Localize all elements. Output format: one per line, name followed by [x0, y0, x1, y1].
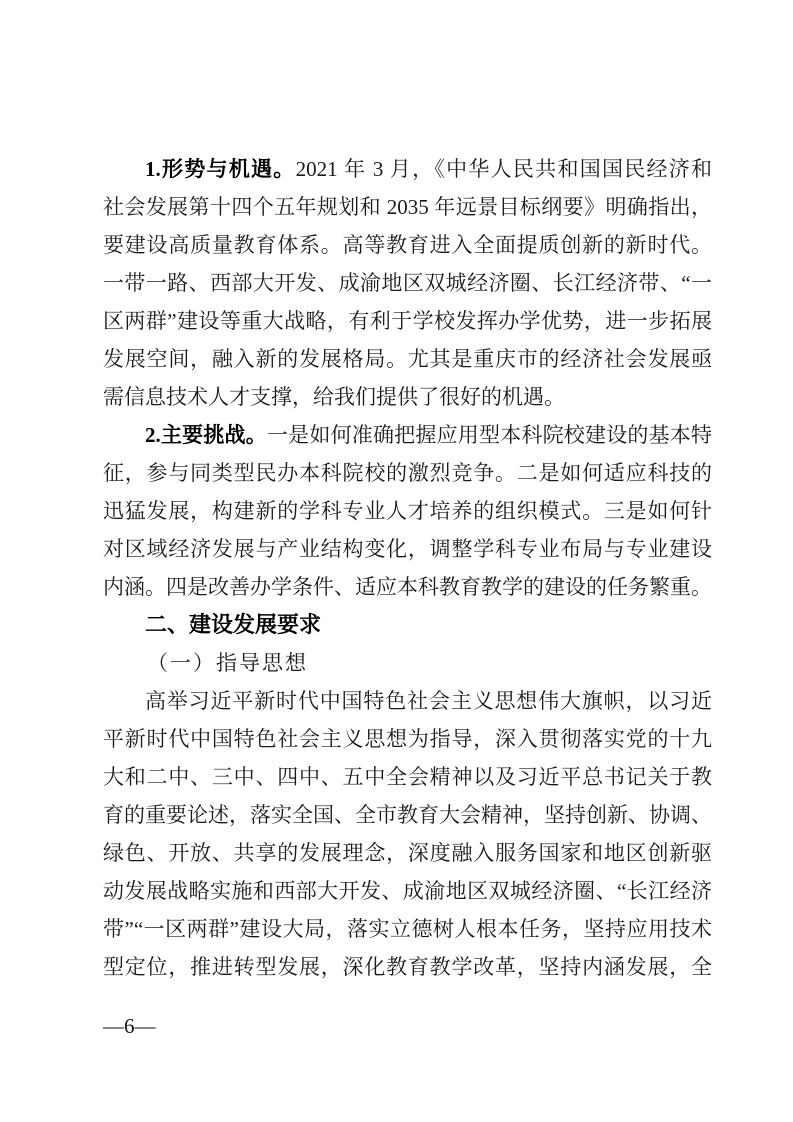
run-in-heading: 1.形势与机遇。 — [145, 157, 296, 181]
subsection-heading: （一）指导思想 — [103, 644, 712, 682]
body-line: 1.形势与机遇。2021 年 3 月，《中华人民共和国国民经济和 — [103, 150, 712, 188]
section-heading: 二、建设发展要求 — [103, 606, 712, 644]
document-body: 1.形势与机遇。2021 年 3 月，《中华人民共和国国民经济和 社会发展第十四… — [103, 150, 712, 986]
body-line: 2.主要挑战。一是如何准确把握应用型本科院校建设的基本特 — [103, 416, 712, 454]
body-line: 社会发展第十四个五年规划和 2035 年远景目标纲要》明确指出， — [103, 188, 712, 226]
run-in-heading: 2.主要挑战。 — [145, 423, 267, 447]
body-line: 区两群”建设等重大战略，有利于学校发挥办学优势，进一步拓展 — [103, 302, 712, 340]
body-line: 育的重要论述，落实全国、全市教育大会精神，坚持创新、协调、 — [103, 796, 712, 834]
body-line: 高举习近平新时代中国特色社会主义思想伟大旗帜，以习近 — [103, 682, 712, 720]
body-line: 带”“一区两群”建设大局，落实立德树人根本任务，坚持应用技术 — [103, 910, 712, 948]
body-line: 征，参与同类型民办本科院校的激烈竞争。二是如何适应科技的 — [103, 454, 712, 492]
body-line: 大和二中、三中、四中、五中全会精神以及习近平总书记关于教 — [103, 758, 712, 796]
paragraph-challenges: 2.主要挑战。一是如何准确把握应用型本科院校建设的基本特 征，参与同类型民办本科… — [103, 416, 712, 606]
body-line: 型定位，推进转型发展，深化教育教学改革，坚持内涵发展，全 — [103, 948, 712, 986]
body-line: 对区域经济发展与产业结构变化，调整学科专业布局与专业建设 — [103, 530, 712, 568]
body-line: 需信息技术人才支撑，给我们提供了很好的机遇。 — [103, 378, 712, 416]
page-number: —6— — [103, 1014, 156, 1038]
body-line: 绿色、开放、共享的发展理念，深度融入服务国家和地区创新驱 — [103, 834, 712, 872]
body-line: 平新时代中国特色社会主义思想为指导，深入贯彻落实党的十九 — [103, 720, 712, 758]
paragraph-opportunities: 1.形势与机遇。2021 年 3 月，《中华人民共和国国民经济和 社会发展第十四… — [103, 150, 712, 416]
body-line-text: 2021 年 3 月，《中华人民共和国国民经济和 — [296, 157, 712, 181]
paragraph-guiding-ideology: 高举习近平新时代中国特色社会主义思想伟大旗帜，以习近 平新时代中国特色社会主义思… — [103, 682, 712, 986]
body-line: 要建设高质量教育体系。高等教育进入全面提质创新的新时代。 — [103, 226, 712, 264]
body-line: 一带一路、西部大开发、成渝地区双城经济圈、长江经济带、“一 — [103, 264, 712, 302]
body-line-text: 一是如何准确把握应用型本科院校建设的基本特 — [267, 423, 712, 447]
body-line: 内涵。四是改善办学条件、适应本科教育教学的建设的任务繁重。 — [103, 568, 712, 606]
body-line: 迅猛发展，构建新的学科专业人才培养的组织模式。三是如何针 — [103, 492, 712, 530]
body-line: 发展空间，融入新的发展格局。尤其是重庆市的经济社会发展亟 — [103, 340, 712, 378]
body-line: 动发展战略实施和西部大开发、成渝地区双城经济圈、“长江经济 — [103, 872, 712, 910]
document-page: 1.形势与机遇。2021 年 3 月，《中华人民共和国国民经济和 社会发展第十四… — [0, 0, 793, 1122]
